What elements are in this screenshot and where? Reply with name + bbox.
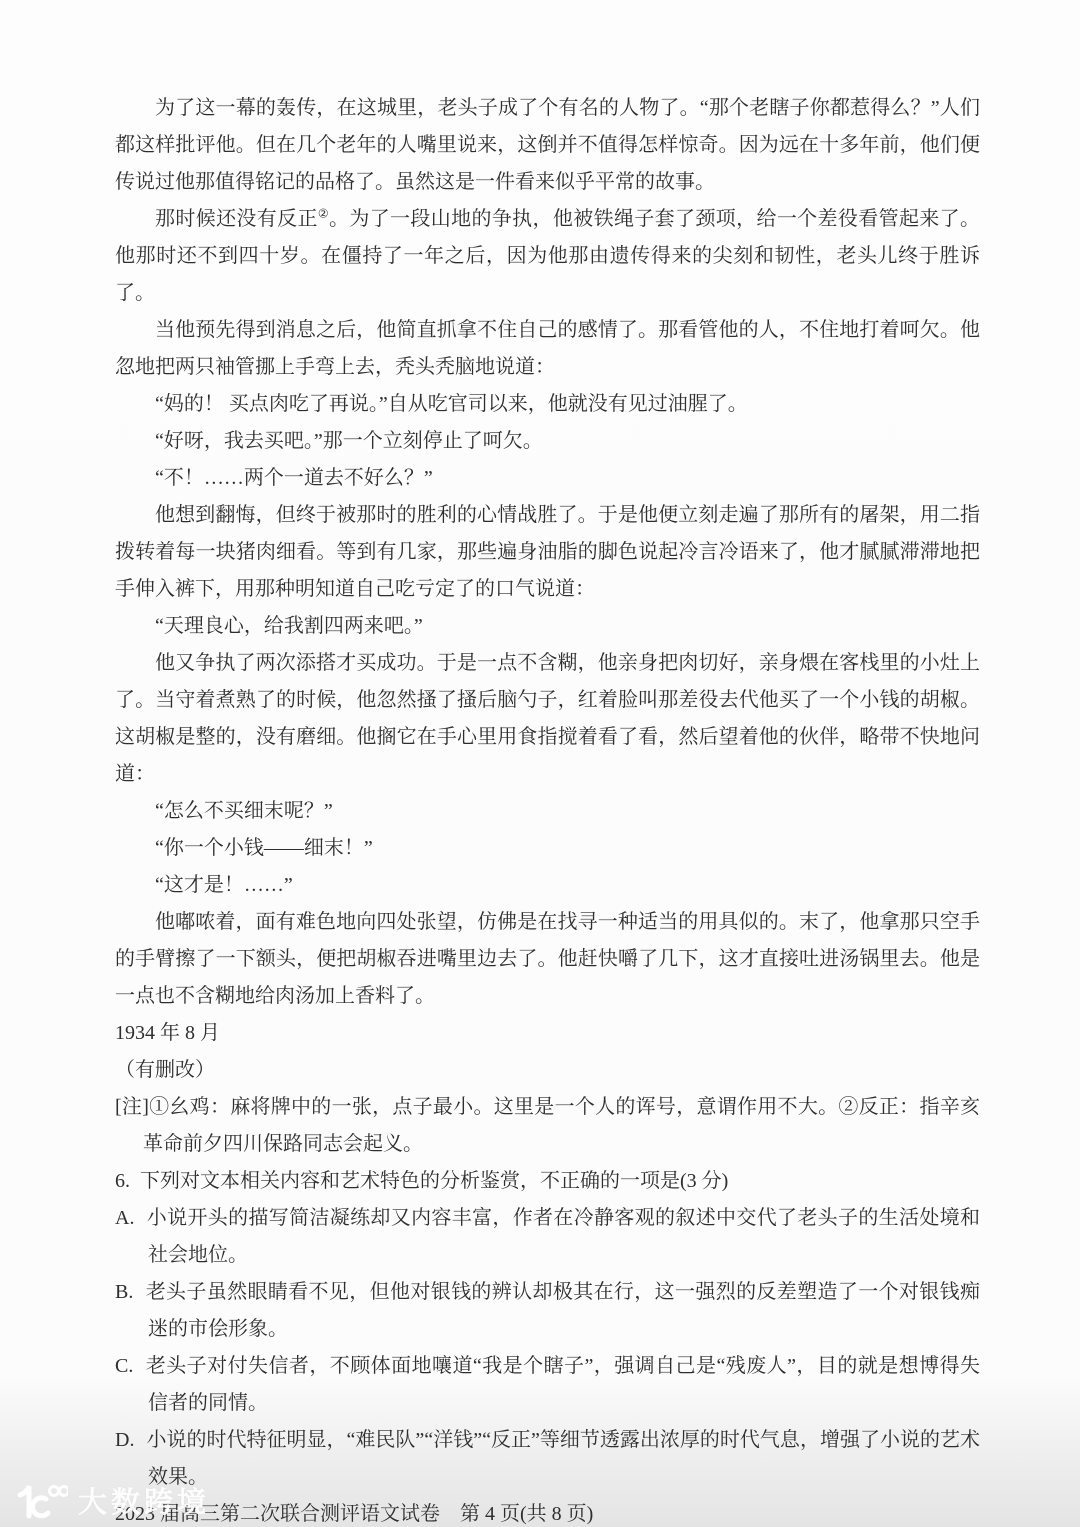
story-dialogue-line: “妈的！ 买点肉吃了再说。”自从吃官司以来，他就没有见过油腥了。 xyxy=(115,386,980,423)
story-dialogue-line: “这才是！……” xyxy=(115,867,980,904)
question-6-option-c: C.老头子对付失信者，不顾体面地嚷道“我是个瞎子”，强调自己是“残废人”，目的就… xyxy=(115,1348,980,1422)
option-label: D. xyxy=(115,1429,134,1451)
option-text: 老头子虽然眼睛看不见，但他对银钱的辨认却极其在行，这一强烈的反差塑造了一个对银钱… xyxy=(145,1281,980,1340)
story-paragraph: 那时候还没有反正②。为了一段山地的争执，他被铁绳子套了颈项，给一个差役看管起来了… xyxy=(115,201,980,312)
dashukuajing-watermark: 大数跨境 xyxy=(16,1480,210,1521)
option-label: C. xyxy=(115,1355,133,1377)
question-6-option-b: B.老头子虽然眼睛看不见，但他对银钱的辨认却极其在行，这一强烈的反差塑造了一个对… xyxy=(115,1274,980,1348)
watermark-text: 大数跨境 xyxy=(78,1480,210,1521)
story-dialogue-line: “不！……两个一道去不好么？” xyxy=(115,460,980,497)
exam-paper-page: 为了这一幕的轰传，在这城里，老头子成了个有名的人物了。“那个老瞎子你都惹得么？”… xyxy=(0,0,1080,1527)
story-dialogue-line: “天理良心，给我割四两来吧。” xyxy=(115,608,980,645)
question-6-option-d: D.小说的时代特征明显，“难民队”“洋钱”“反正”等细节透露出浓厚的时代气息，增… xyxy=(115,1422,980,1496)
watermark-logo-icon xyxy=(16,1483,68,1519)
story-dialogue-line: “好呀，我去买吧。”那一个立刻停止了呵欠。 xyxy=(115,423,980,460)
paragraph-text: 那时候还没有反正 xyxy=(155,208,318,230)
option-text: 小说开头的描写简洁凝练却又内容丰富，作者在冷静客观的叙述中交代了老头子的生活处境… xyxy=(146,1207,980,1266)
story-paragraph: 他嘟哝着，面有难色地向四处张望，仿佛是在找寻一种适当的用具似的。末了，他拿那只空… xyxy=(115,904,980,1015)
question-number: 6. xyxy=(115,1170,130,1192)
edited-note: （有删改） xyxy=(115,1052,980,1089)
option-label: B. xyxy=(115,1281,133,1303)
option-text: 小说的时代特征明显，“难民队”“洋钱”“反正”等细节透露出浓厚的时代气息，增强了… xyxy=(146,1429,980,1488)
question-6-stem: 6.下列对文本相关内容和艺术特色的分析鉴赏，不正确的一项是(3 分) xyxy=(115,1163,980,1200)
page-content: 为了这一幕的轰传，在这城里，老头子成了个有名的人物了。“那个老瞎子你都惹得么？”… xyxy=(0,0,1080,1527)
question-6-option-a: A.小说开头的描写简洁凝练却又内容丰富，作者在冷静客观的叙述中交代了老头子的生活… xyxy=(115,1200,980,1274)
story-date-line: 1934 年 8 月 xyxy=(115,1015,980,1052)
story-paragraph: 为了这一幕的轰传，在这城里，老头子成了个有名的人物了。“那个老瞎子你都惹得么？”… xyxy=(115,90,980,201)
footnote-marker: ② xyxy=(318,206,329,220)
option-label: A. xyxy=(115,1207,134,1229)
story-paragraph: 当他预先得到消息之后，他简直抓拿不住自己的感情了。那看管他的人，不住地打着呵欠。… xyxy=(115,312,980,386)
footnote-block: [注]①幺鸡：麻将牌中的一张，点子最小。这里是一个人的诨号，意谓作用不大。②反正… xyxy=(115,1089,980,1163)
story-dialogue-line: “你一个小钱——细末！” xyxy=(115,830,980,867)
story-paragraph: 他想到翻悔，但终于被那时的胜利的心情战胜了。于是他便立刻走遍了那所有的屠架，用二… xyxy=(115,497,980,608)
story-paragraph: 他又争执了两次添搭才买成功。于是一点不含糊，他亲身把肉切好，亲身煨在客栈里的小灶… xyxy=(115,645,980,793)
page-footer: 2023 届高三第二次联合测评语文试卷 第 4 页(共 8 页) xyxy=(115,1496,980,1527)
option-text: 老头子对付失信者，不顾体面地嚷道“我是个瞎子”，强调自己是“残废人”，目的就是想… xyxy=(145,1355,980,1414)
question-stem-text: 下列对文本相关内容和艺术特色的分析鉴赏，不正确的一项是(3 分) xyxy=(140,1170,728,1192)
story-dialogue-line: “怎么不买细末呢？” xyxy=(115,793,980,830)
